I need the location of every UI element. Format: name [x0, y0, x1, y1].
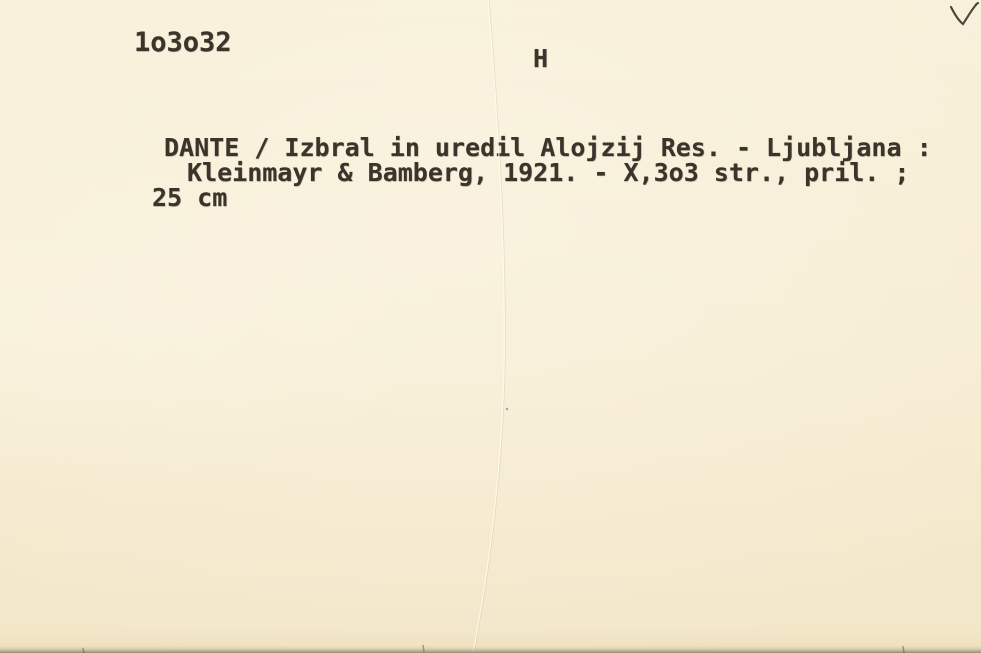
bottom-edge-mark [903, 646, 904, 653]
heading-letter: H [533, 46, 548, 71]
bottom-edge-mark [423, 645, 424, 652]
catalog-card: 1o3o32 H DANTE / Izbral in uredil Alojzi… [0, 0, 981, 653]
checkmark-icon [951, 3, 978, 24]
bottom-edge-mark [83, 648, 84, 653]
entry-line-imprint: Kleinmayr & Bamberg, 1921. - X,3o3 str.,… [187, 160, 909, 185]
paper-crease-highlight [473, 0, 504, 653]
call-number: 1o3o32 [134, 29, 232, 56]
scan-artifacts [0, 0, 981, 653]
entry-line-size: 25 cm [152, 185, 227, 210]
entry-line-title: DANTE / Izbral in uredil Alojzij Res. - … [164, 135, 932, 160]
paper-crease [474, 0, 505, 653]
paper-speck [506, 408, 509, 411]
